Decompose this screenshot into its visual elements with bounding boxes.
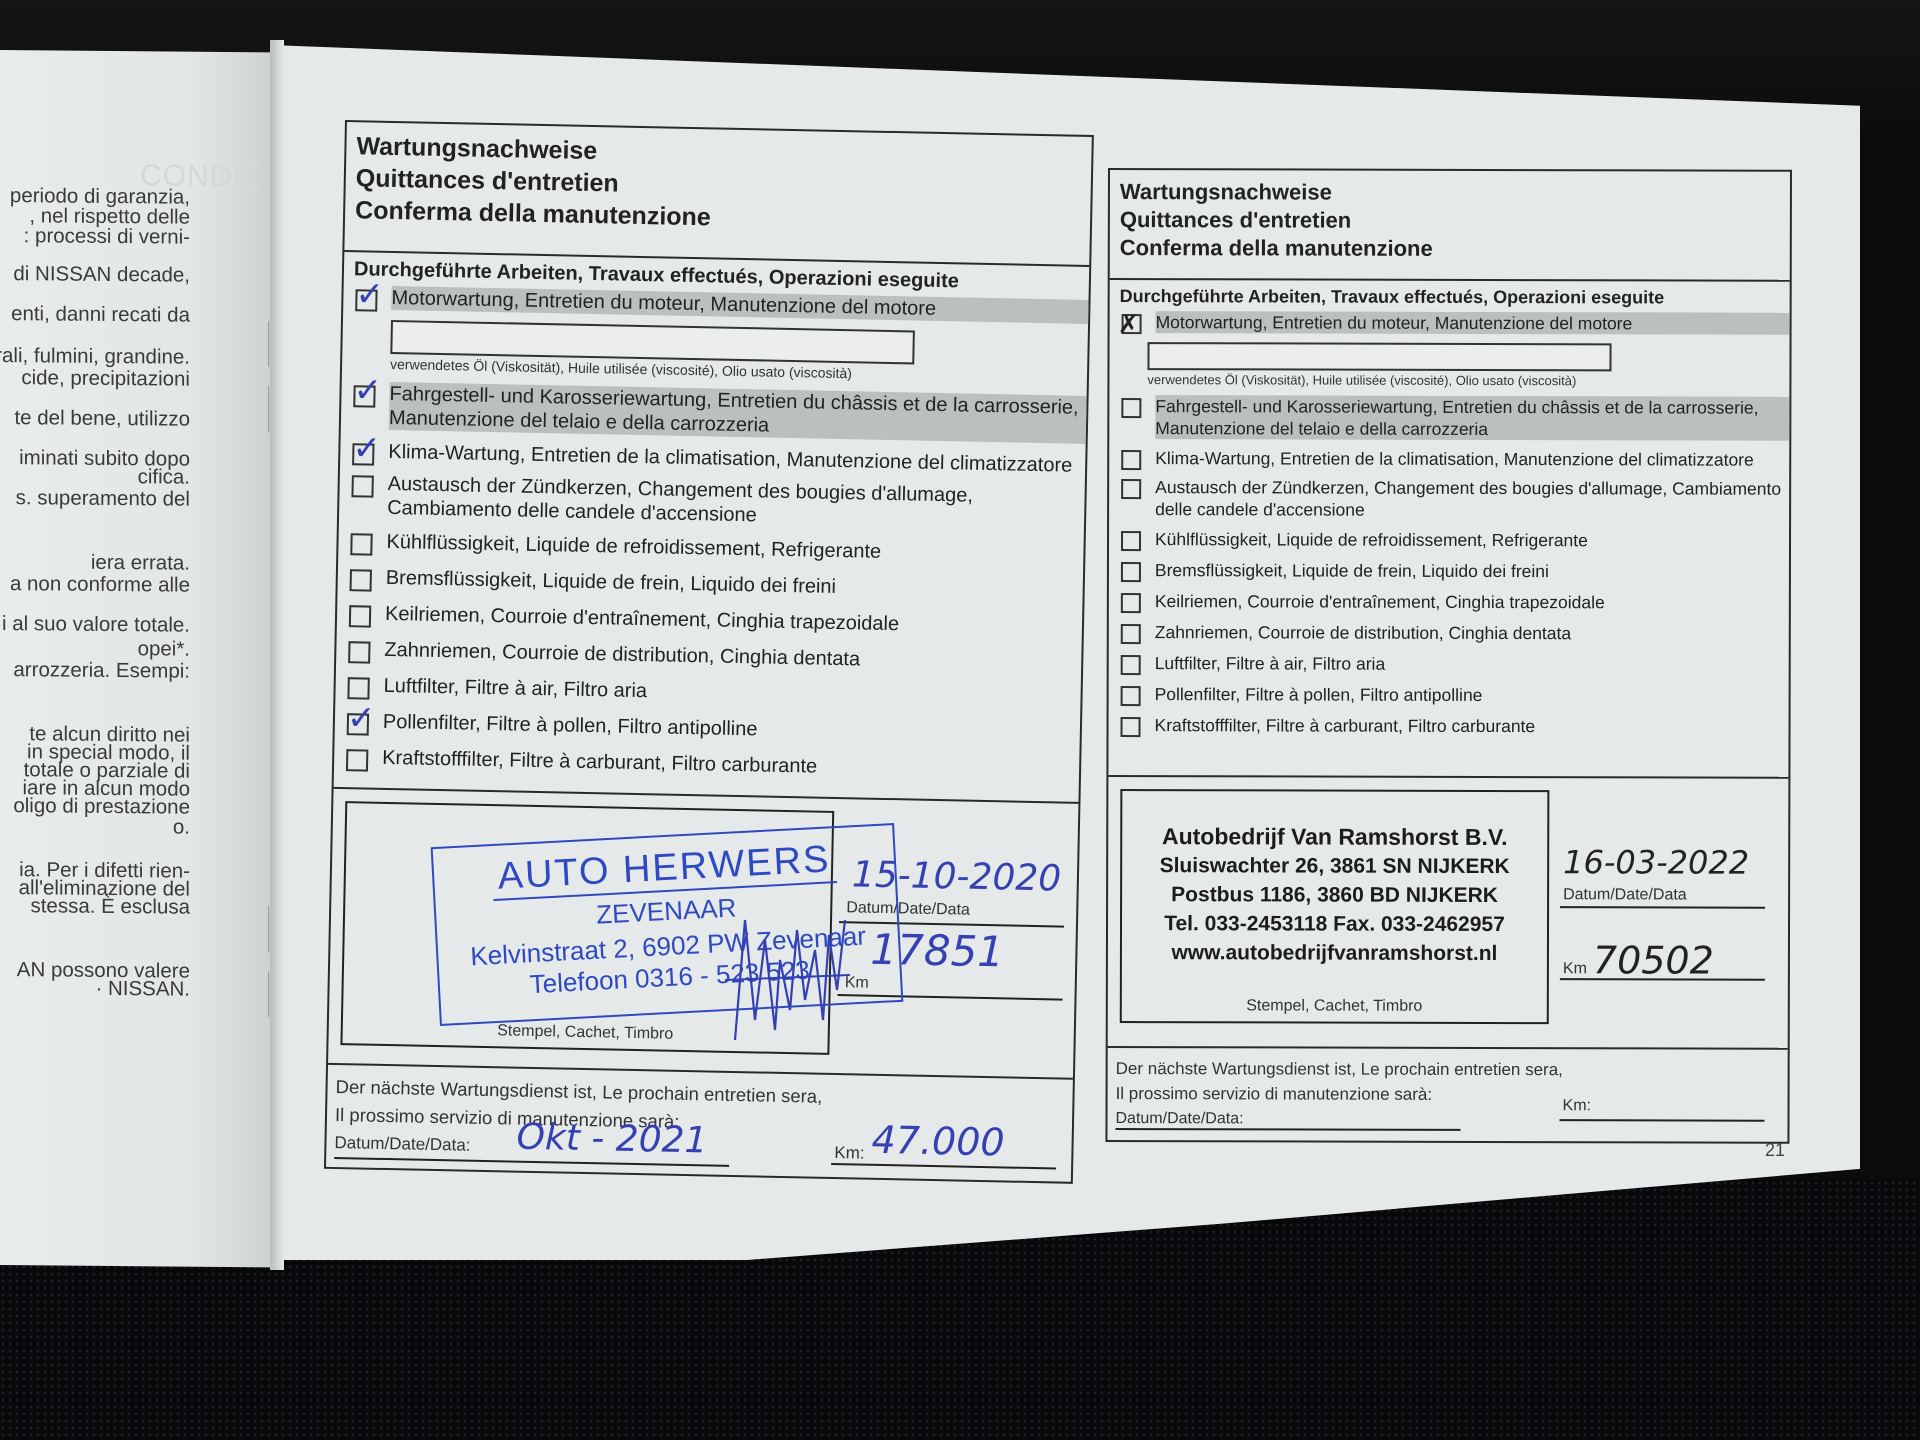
task-label: Pollenfilter, Filtre à pollen, Filtro an…	[383, 710, 1080, 748]
task-label: Kühlflüssigkeit, Liquide de refroidissem…	[1155, 528, 1789, 552]
task-label: Luftfilter, Filtre à air, Filtro aria	[1155, 652, 1789, 676]
left-page-text: periodo di garanzia,, nel rispetto delle…	[0, 185, 190, 1287]
task-item: Bremsflüssigkeit, Liquide de frein, Liqu…	[338, 565, 1083, 606]
task-item: Kühlflüssigkeit, Liquide de refroidissem…	[338, 529, 1083, 570]
task-checkbox[interactable]: ✓	[347, 713, 369, 735]
task-checkbox[interactable]	[348, 641, 370, 663]
task-item: ✓Pollenfilter, Filtre à pollen, Filtro a…	[335, 709, 1080, 750]
title-de: Wartungsnachweise	[1120, 178, 1780, 208]
task-checkbox[interactable]	[1121, 686, 1141, 706]
task-item: Pollenfilter, Filtre à pollen, Filtro an…	[1109, 683, 1789, 708]
task-label: Zahnriemen, Courroie de distribution, Ci…	[1155, 621, 1789, 645]
task-item: Austausch der Zündkerzen, Changement des…	[339, 471, 1085, 534]
task-checkbox[interactable]	[1121, 593, 1141, 613]
stamp-address: Sluiswachter 26, 3861 SN NIJKERK	[1122, 851, 1547, 881]
left-page-line: opei*.	[138, 638, 190, 660]
stamp-dealer-name: Autobedrijf Van Ramshorst B.V.	[1122, 821, 1547, 852]
task-checkbox[interactable]	[346, 749, 368, 771]
next-service-area: Der nächste Wartungsdienst ist, Le proch…	[326, 1063, 1073, 1182]
left-page-line: : processi di verni-	[24, 225, 190, 248]
left-page-line: iera errata.	[91, 552, 190, 575]
checkmark-icon: ✓	[355, 277, 384, 312]
task-item: Zahnriemen, Courroie de distribution, Ci…	[1109, 621, 1789, 646]
service-date-value: 16-03-2022	[1563, 843, 1749, 881]
next-service-text: Der nächste Wartungsdienst ist, Le proch…	[1115, 1056, 1562, 1132]
task-label: Fahrgestell- und Karosseriewartung, Entr…	[1155, 395, 1789, 441]
task-checkbox[interactable]	[1121, 398, 1141, 418]
task-checkbox[interactable]: ✓	[355, 289, 377, 311]
next-km-label: Km:	[1563, 1097, 1592, 1115]
left-page-line: o.	[173, 817, 190, 839]
page-number: 21	[1765, 1140, 1785, 1161]
task-label: Fahrgestell- und Karosseriewartung, Entr…	[389, 382, 1087, 444]
task-label: Bremsflüssigkeit, Liquide de frein, Liqu…	[1155, 559, 1789, 583]
task-label: Keilriemen, Courroie d'entraînement, Cin…	[385, 602, 1082, 640]
form-title: Wartungsnachweise Quittances d'entretien…	[1110, 170, 1790, 282]
task-item: Keilriemen, Courroie d'entraînement, Cin…	[337, 601, 1082, 642]
date-label: Datum/Date/Data	[1563, 886, 1687, 904]
maintenance-record-2: Wartungsnachweise Quittances d'entretien…	[1105, 168, 1792, 1144]
task-item: Kraftstofffilter, Filtre à carburant, Fi…	[1109, 714, 1789, 739]
task-checkbox[interactable]	[1121, 655, 1141, 675]
section-heading: Durchgeführte Arbeiten, Travaux effectué…	[1110, 280, 1790, 311]
left-page-line: i al suo valore totale.	[2, 613, 190, 637]
oil-viscosity-field[interactable]	[1147, 342, 1611, 371]
task-label: Kraftstofffilter, Filtre à carburant, Fi…	[1155, 714, 1789, 738]
task-label: Bremsflüssigkeit, Liquide de frein, Liqu…	[386, 566, 1083, 604]
stamp-website: www.autobedrijfvanramshorst.nl	[1122, 938, 1547, 968]
task-item: Bremsflüssigkeit, Liquide de frein, Liqu…	[1109, 559, 1789, 584]
oil-viscosity-label: verwendetes Öl (Viskosität), Huile utili…	[1147, 372, 1789, 389]
checkmark-icon: ✓	[347, 701, 376, 736]
signature	[725, 900, 855, 1050]
task-label: Keilriemen, Courroie d'entraînement, Cin…	[1155, 590, 1789, 614]
left-page: CONDIZ periodo di garanzia,, nel rispett…	[0, 50, 275, 1267]
task-checkbox[interactable]	[350, 533, 372, 555]
task-item: Keilriemen, Courroie d'entraînement, Cin…	[1109, 590, 1789, 615]
left-page-line: enti, danni recati da	[11, 303, 190, 327]
next-service-line1: Der nächste Wartungsdienst ist, Le proch…	[1116, 1056, 1563, 1082]
task-checkbox[interactable]: ✓	[352, 443, 374, 465]
task-item: Zahnriemen, Courroie de distribution, Ci…	[336, 637, 1081, 678]
km-line	[1560, 978, 1765, 981]
task-label: Pollenfilter, Filtre à pollen, Filtro an…	[1155, 683, 1789, 707]
task-item: Kühlflüssigkeit, Liquide de refroidissem…	[1109, 528, 1789, 553]
task-checkbox[interactable]	[1121, 450, 1141, 470]
task-checkbox[interactable]	[350, 569, 372, 591]
task-label: Austausch der Zündkerzen, Changement des…	[387, 472, 1085, 534]
task-item: Luftfilter, Filtre à air, Filtro aria	[1109, 652, 1789, 677]
task-checkbox[interactable]	[351, 475, 373, 497]
title-fr: Quittances d'entretien	[1120, 206, 1780, 236]
left-page-line: a non conforme alle	[10, 573, 190, 597]
next-service-area: Der nächste Wartungsdienst ist, Le proch…	[1107, 1046, 1787, 1142]
left-page-line: te del bene, utilizzo	[14, 407, 190, 431]
task-item: Kraftstofffilter, Filtre à carburant, Fi…	[334, 745, 1079, 786]
next-service-line2: Il prossimo servizio di manutenzione sar…	[1116, 1081, 1563, 1107]
task-label: Zahnriemen, Courroie de distribution, Ci…	[384, 638, 1081, 676]
km-label: Km	[1563, 960, 1587, 978]
task-item: Klima-Wartung, Entretien de la climatisa…	[1109, 447, 1789, 472]
task-checkbox[interactable]	[1121, 479, 1141, 499]
task-item: ✓Fahrgestell- und Karosseriewartung, Ent…	[341, 381, 1087, 444]
stamp-caption: Stempel, Cachet, Timbro	[1122, 997, 1547, 1016]
dealer-stamp-van-ramshorst: Autobedrijf Van Ramshorst B.V. Sluiswach…	[1122, 821, 1547, 968]
title-it: Conferma della manutenzione	[1120, 234, 1780, 264]
task-list: ✗Motorwartung, Entretien du moteur, Manu…	[1109, 311, 1790, 739]
task-label: Klima-Wartung, Entretien de la climatisa…	[1155, 447, 1789, 471]
task-label: Motorwartung, Entretien du moteur, Manut…	[1156, 311, 1790, 335]
stamp-postbus: Postbus 1186, 3860 BD NIJKERK	[1122, 880, 1547, 910]
task-checkbox[interactable]	[1121, 562, 1141, 582]
left-page-line: · NISSAN.	[95, 978, 190, 1001]
checkmark-icon: ✓	[353, 373, 382, 408]
task-list: ✓Motorwartung, Entretien du moteur, Manu…	[334, 285, 1089, 786]
date-line	[1560, 906, 1765, 909]
task-label: Austausch der Zündkerzen, Changement des…	[1155, 476, 1789, 522]
task-label: Luftfilter, Filtre à air, Filtro aria	[383, 674, 1080, 712]
left-page-line: rali, fulmini, grandine.	[0, 345, 190, 369]
stamp-box: Autobedrijf Van Ramshorst B.V. Sluiswach…	[1120, 789, 1550, 1024]
task-label: Kühlflüssigkeit, Liquide de refroidissem…	[386, 530, 1083, 568]
task-item: Fahrgestell- und Karosseriewartung, Entr…	[1109, 395, 1789, 441]
left-page-line: s. superamento del	[16, 487, 190, 511]
task-checkbox[interactable]	[1121, 717, 1141, 737]
task-checkbox[interactable]: ✗	[1122, 314, 1142, 334]
task-label: Kraftstofffilter, Filtre à carburant, Fi…	[382, 746, 1079, 784]
task-checkbox[interactable]	[1121, 624, 1141, 644]
task-checkbox[interactable]	[347, 677, 369, 699]
page-gutter-shadow	[270, 40, 284, 1270]
left-page-line: arrozzeria. Esempi:	[13, 659, 190, 683]
stamp-area: Autobedrijf Van Ramshorst B.V. Sluiswach…	[1108, 775, 1789, 1049]
left-page-line: cifica.	[138, 466, 190, 488]
next-date-value: Okt - 2021	[516, 1117, 708, 1162]
left-page-line: cide, precipitazioni	[21, 367, 190, 390]
task-item: Luftfilter, Filtre à air, Filtro aria	[335, 673, 1080, 714]
task-label: Klima-Wartung, Entretien de la climatisa…	[388, 440, 1085, 478]
next-km-line	[1560, 1119, 1765, 1122]
left-page-line: di NISSAN decade,	[13, 263, 190, 287]
left-page-line: oligo di prestazione	[13, 795, 190, 819]
cross-mark-icon: ✗	[1118, 308, 1140, 342]
task-checkbox[interactable]	[349, 605, 371, 627]
stamp-phone-fax: Tel. 033-2453118 Fax. 033-2462957	[1122, 909, 1547, 939]
form-title: Wartungsnachweise Quittances d'entretien…	[344, 122, 1091, 267]
checkmark-icon: ✓	[352, 431, 381, 466]
next-km-value: 47.000	[871, 1118, 1005, 1165]
next-km-line	[831, 1163, 1056, 1170]
task-item: Austausch der Zündkerzen, Changement des…	[1109, 476, 1789, 522]
task-checkbox[interactable]: ✓	[353, 385, 375, 407]
left-page-line: stessa. È esclusa	[30, 895, 190, 918]
task-checkbox[interactable]	[1121, 531, 1141, 551]
task-item: ✗Motorwartung, Entretien du moteur, Manu…	[1110, 311, 1790, 336]
service-km-value: 70502	[1593, 938, 1714, 982]
next-km-label: Km:	[834, 1143, 865, 1164]
